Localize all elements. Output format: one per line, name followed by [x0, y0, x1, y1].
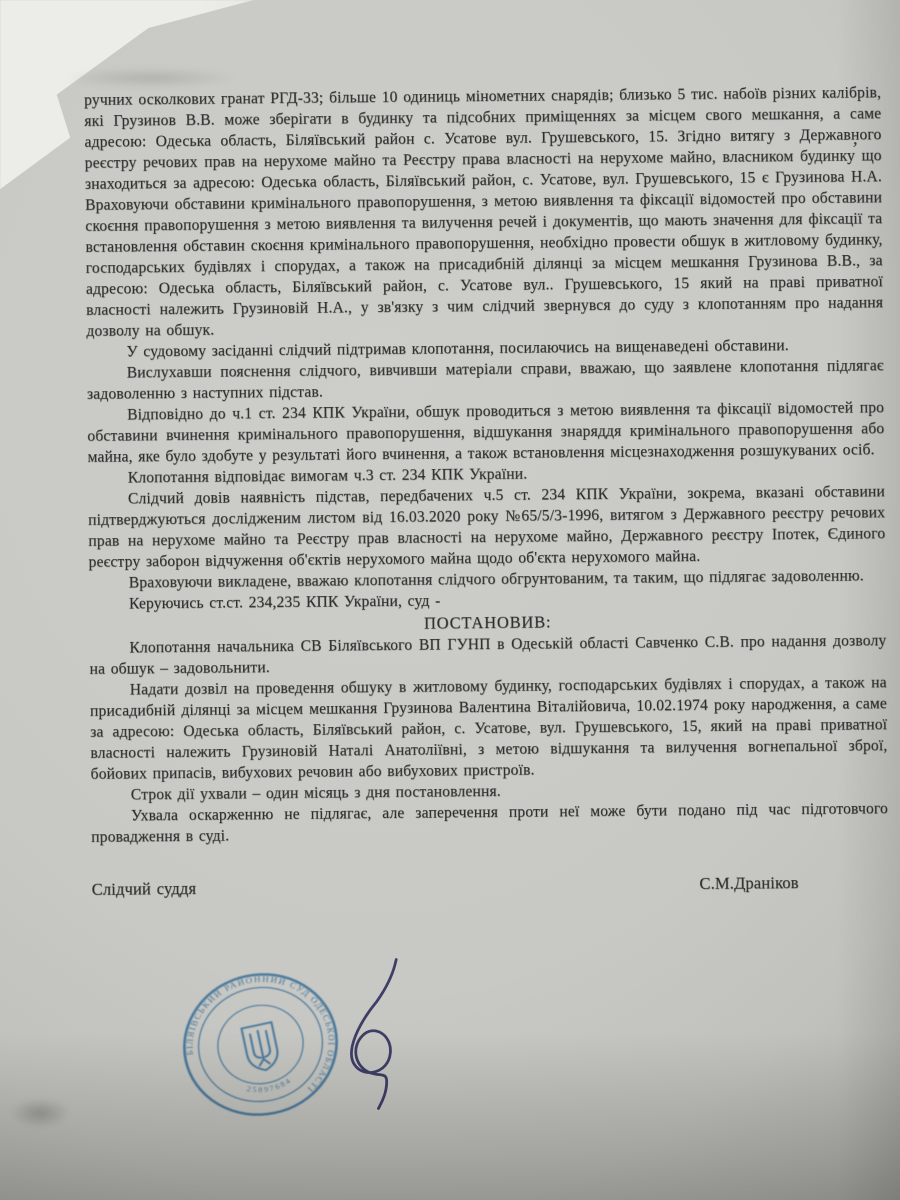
scan-smudge [63, 68, 238, 88]
judge-name: С.М.Драніков [699, 872, 798, 894]
paragraph: Слідчий довів наявність підстав, передба… [88, 481, 886, 573]
paragraph: ручних осколкових гранат РГД-33; більше … [84, 82, 883, 342]
document-text-block: ручних осколкових гранат РГД-33; більше … [84, 82, 889, 900]
paragraph: Ухвала оскарженню не підлягає, але запер… [91, 798, 888, 848]
paragraph: Відповідно до ч.1 ст. 234 КПК України, о… [87, 397, 885, 468]
handwritten-signature [337, 956, 411, 1110]
paragraph: Надати дозвіл на проведення обшуку в жит… [90, 672, 888, 785]
scan-smudge [10, 1098, 70, 1128]
scanned-document-photo: ’ ручних осколкових гранат РГД-33; більш… [0, 0, 900, 1200]
trident-emblem-icon [241, 1022, 280, 1073]
signature-block: Слідчий суддя С.М.Драніков [92, 871, 889, 900]
court-stamp: БІЛЯЇВСЬКИЙ РАЙОННИЙ СУД ОДЕСЬКОЇ ОБЛАСТ… [165, 955, 355, 1135]
judge-role-label: Слідчий суддя [92, 878, 197, 900]
